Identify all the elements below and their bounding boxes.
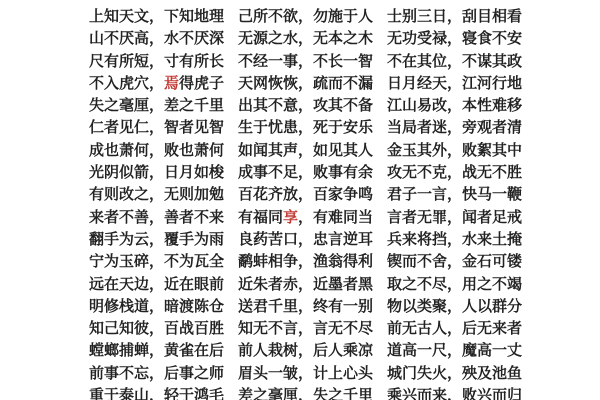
text-segment: 如闻其声，如见其人 xyxy=(238,142,373,159)
proverb-line: 明修栈道，暗渡陈仓 xyxy=(89,296,224,318)
text-segment: 出其不意，攻其不备 xyxy=(238,97,373,114)
proverb-line: 取之不尽，用之不竭 xyxy=(387,274,522,296)
proverb-line: 攻无不克，战无不胜 xyxy=(387,162,522,184)
highlighted-char: 焉 xyxy=(164,75,179,92)
proverb-line: 城门失火，殃及池鱼 xyxy=(387,363,522,385)
text-segment: 攻无不克，战无不胜 xyxy=(387,164,522,181)
proverb-line: 士别三日，刮目相看 xyxy=(387,6,522,28)
proverb-line: 前无古人，后无来者 xyxy=(387,318,522,340)
text-segment: 日月经天，江河行地 xyxy=(387,75,522,92)
text-segment: 当局者迷，旁观者清 xyxy=(387,119,522,136)
text-segment: 前事不忘，后事之师 xyxy=(89,365,224,382)
text-segment: 山不厌高，水不厌深 xyxy=(89,30,224,47)
text-segment: 鹬蚌相争，渔翁得利 xyxy=(238,253,373,270)
proverb-line: 仁者见仁，智者见智 xyxy=(89,117,224,139)
proverb-column-middle: 己所不欲，勿施于人无源之水，无本之木不经一事，不长一智天网恢恢，疏而不漏出其不意… xyxy=(238,6,373,400)
text-segment: 百花齐放，百家争鸣 xyxy=(238,186,373,203)
proverb-line: 道高一尺，魔高一丈 xyxy=(387,340,522,362)
proverb-line: 光阴似箭，日月如梭 xyxy=(89,162,224,184)
proverb-line: 成也萧何，败也萧何 xyxy=(89,140,224,162)
proverb-line: 出其不意，攻其不备 xyxy=(238,95,373,117)
proverb-line: 言者无罪，闻者足戒 xyxy=(387,207,522,229)
proverb-line: 来者不善，善者不来 xyxy=(89,207,224,229)
text-segment: 来者不善，善者不来 xyxy=(89,209,224,226)
proverb-line: 不经一事，不长一智 xyxy=(238,51,373,73)
proverb-line: 鹬蚌相争，渔翁得利 xyxy=(238,251,373,273)
proverb-line: 眉头一皱，计上心头 xyxy=(238,363,373,385)
proverb-line: 生于忧患，死于安乐 xyxy=(238,117,373,139)
proverb-line: 有福同享，有难同当 xyxy=(238,207,373,229)
text-segment: 物以类聚，人以群分 xyxy=(387,298,522,315)
proverb-line: 知己知彼，百战百胜 xyxy=(89,318,224,340)
text-segment: 君子一言，快马一鞭 xyxy=(387,186,522,203)
proverb-line: 乘兴而来，败兴而归 xyxy=(387,385,522,400)
text-segment: 眉头一皱，计上心头 xyxy=(238,365,373,382)
highlighted-char: 享 xyxy=(283,209,298,226)
proverb-column-left: 上知天文，下知地理山不厌高，水不厌深尺有所短，寸有所长不入虎穴，焉得虎子失之毫厘… xyxy=(89,6,224,400)
text-segment: 仁者见仁，智者见智 xyxy=(89,119,224,136)
text-segment: 翻手为云，覆手为雨 xyxy=(89,231,224,248)
proverb-line: 无功受禄，寝食不安 xyxy=(387,28,522,50)
proverb-line: 己所不欲，勿施于人 xyxy=(238,6,373,28)
text-segment: 得虎子 xyxy=(179,75,224,92)
text-segment: 有福同 xyxy=(238,209,283,226)
text-segment: 江山易改，本性难移 xyxy=(387,97,522,114)
text-segment: 差之毫厘，失之千里 xyxy=(238,387,373,400)
text-segment: 生于忧患，死于安乐 xyxy=(238,119,373,136)
text-segment: 士别三日，刮目相看 xyxy=(387,8,522,25)
proverb-line: 物以类聚，人以群分 xyxy=(387,296,522,318)
text-segment: 金玉其外，败絮其中 xyxy=(387,142,522,159)
text-segment: 尺有所短，寸有所长 xyxy=(89,53,224,70)
text-segment: 道高一尺，魔高一丈 xyxy=(387,342,522,359)
text-segment: 送君千里，终有一别 xyxy=(238,298,373,315)
text-segment: 城门失火，殃及池鱼 xyxy=(387,365,522,382)
text-segment: 上知天文，下知地理 xyxy=(89,8,224,25)
proverb-line: 江山易改，本性难移 xyxy=(387,95,522,117)
proverb-line: 不入虎穴，焉得虎子 xyxy=(89,73,224,95)
text-segment: 良药苦口，忠言逆耳 xyxy=(238,231,373,248)
proverb-line: 金玉其外，败絮其中 xyxy=(387,140,522,162)
text-segment: 明修栈道，暗渡陈仓 xyxy=(89,298,224,315)
text-segment: 有则改之，无则加勉 xyxy=(89,186,224,203)
text-segment: 取之不尽，用之不竭 xyxy=(387,276,522,293)
proverb-line: 螳螂捕蝉，黄雀在后 xyxy=(89,340,224,362)
proverb-line: 前事不忘，后事之师 xyxy=(89,363,224,385)
text-segment: 宁为玉碎，不为瓦全 xyxy=(89,253,224,270)
text-segment: 螳螂捕蝉，黄雀在后 xyxy=(89,342,224,359)
text-segment: 知己知彼，百战百胜 xyxy=(89,320,224,337)
text-segment: 前人栽树，后人乘凉 xyxy=(238,342,373,359)
proverb-line: 有则改之，无则加勉 xyxy=(89,184,224,206)
text-segment: 天网恢恢，疏而不漏 xyxy=(238,75,373,92)
proverb-line: 当局者迷，旁观者清 xyxy=(387,117,522,139)
proverb-line: 锲而不舍，金石可镂 xyxy=(387,251,522,273)
proverb-line: 不在其位，不谋其政 xyxy=(387,51,522,73)
text-segment: 乘兴而来，败兴而归 xyxy=(387,387,522,400)
text-segment: 成也萧何，败也萧何 xyxy=(89,142,224,159)
proverb-column-right: 士别三日，刮目相看无功受禄，寝食不安不在其位，不谋其政日月经天，江河行地江山易改… xyxy=(387,6,522,400)
text-segment: 言者无罪，闻者足戒 xyxy=(387,209,522,226)
proverb-line: 上知天文，下知地理 xyxy=(89,6,224,28)
proverb-line: 近朱者赤，近墨者黑 xyxy=(238,274,373,296)
proverb-line: 重于泰山，轻于鸿毛 xyxy=(89,385,224,400)
proverb-line: 兵来将挡，水来土掩 xyxy=(387,229,522,251)
text-segment: 不在其位，不谋其政 xyxy=(387,53,522,70)
text-segment: 无源之水，无本之木 xyxy=(238,30,373,47)
text-segment: ，有难同当 xyxy=(298,209,373,226)
proverb-line: 日月经天，江河行地 xyxy=(387,73,522,95)
proverb-line: 前人栽树，后人乘凉 xyxy=(238,340,373,362)
text-segment: 光阴似箭，日月如梭 xyxy=(89,164,224,181)
text-segment: 近朱者赤，近墨者黑 xyxy=(238,276,373,293)
proverb-page: 上知天文，下知地理山不厌高，水不厌深尺有所短，寸有所长不入虎穴，焉得虎子失之毫厘… xyxy=(0,0,600,400)
text-segment: 成事不足，败事有余 xyxy=(238,164,373,181)
proverb-line: 翻手为云，覆手为雨 xyxy=(89,229,224,251)
proverb-line: 尺有所短，寸有所长 xyxy=(89,51,224,73)
text-segment: 不入虎穴， xyxy=(89,75,164,92)
text-segment: 前无古人，后无来者 xyxy=(387,320,522,337)
text-segment: 重于泰山，轻于鸿毛 xyxy=(89,387,224,400)
proverb-line: 失之毫厘，差之千里 xyxy=(89,95,224,117)
proverb-line: 差之毫厘，失之千里 xyxy=(238,385,373,400)
proverb-line: 山不厌高，水不厌深 xyxy=(89,28,224,50)
proverb-line: 百花齐放，百家争鸣 xyxy=(238,184,373,206)
text-segment: 远在天边，近在眼前 xyxy=(89,276,224,293)
proverb-line: 知无不言，言无不尽 xyxy=(238,318,373,340)
proverb-line: 远在天边，近在眼前 xyxy=(89,274,224,296)
text-segment: 兵来将挡，水来土掩 xyxy=(387,231,522,248)
text-segment: 失之毫厘，差之千里 xyxy=(89,97,224,114)
text-segment: 无功受禄，寝食不安 xyxy=(387,30,522,47)
proverb-line: 宁为玉碎，不为瓦全 xyxy=(89,251,224,273)
proverb-line: 天网恢恢，疏而不漏 xyxy=(238,73,373,95)
text-segment: 知无不言，言无不尽 xyxy=(238,320,373,337)
proverb-line: 如闻其声，如见其人 xyxy=(238,140,373,162)
proverb-line: 良药苦口，忠言逆耳 xyxy=(238,229,373,251)
proverb-line: 君子一言，快马一鞭 xyxy=(387,184,522,206)
proverb-line: 无源之水，无本之木 xyxy=(238,28,373,50)
proverb-line: 成事不足，败事有余 xyxy=(238,162,373,184)
text-segment: 锲而不舍，金石可镂 xyxy=(387,253,522,270)
text-segment: 己所不欲，勿施于人 xyxy=(238,8,373,25)
proverb-line: 送君千里，终有一别 xyxy=(238,296,373,318)
text-segment: 不经一事，不长一智 xyxy=(238,53,373,70)
